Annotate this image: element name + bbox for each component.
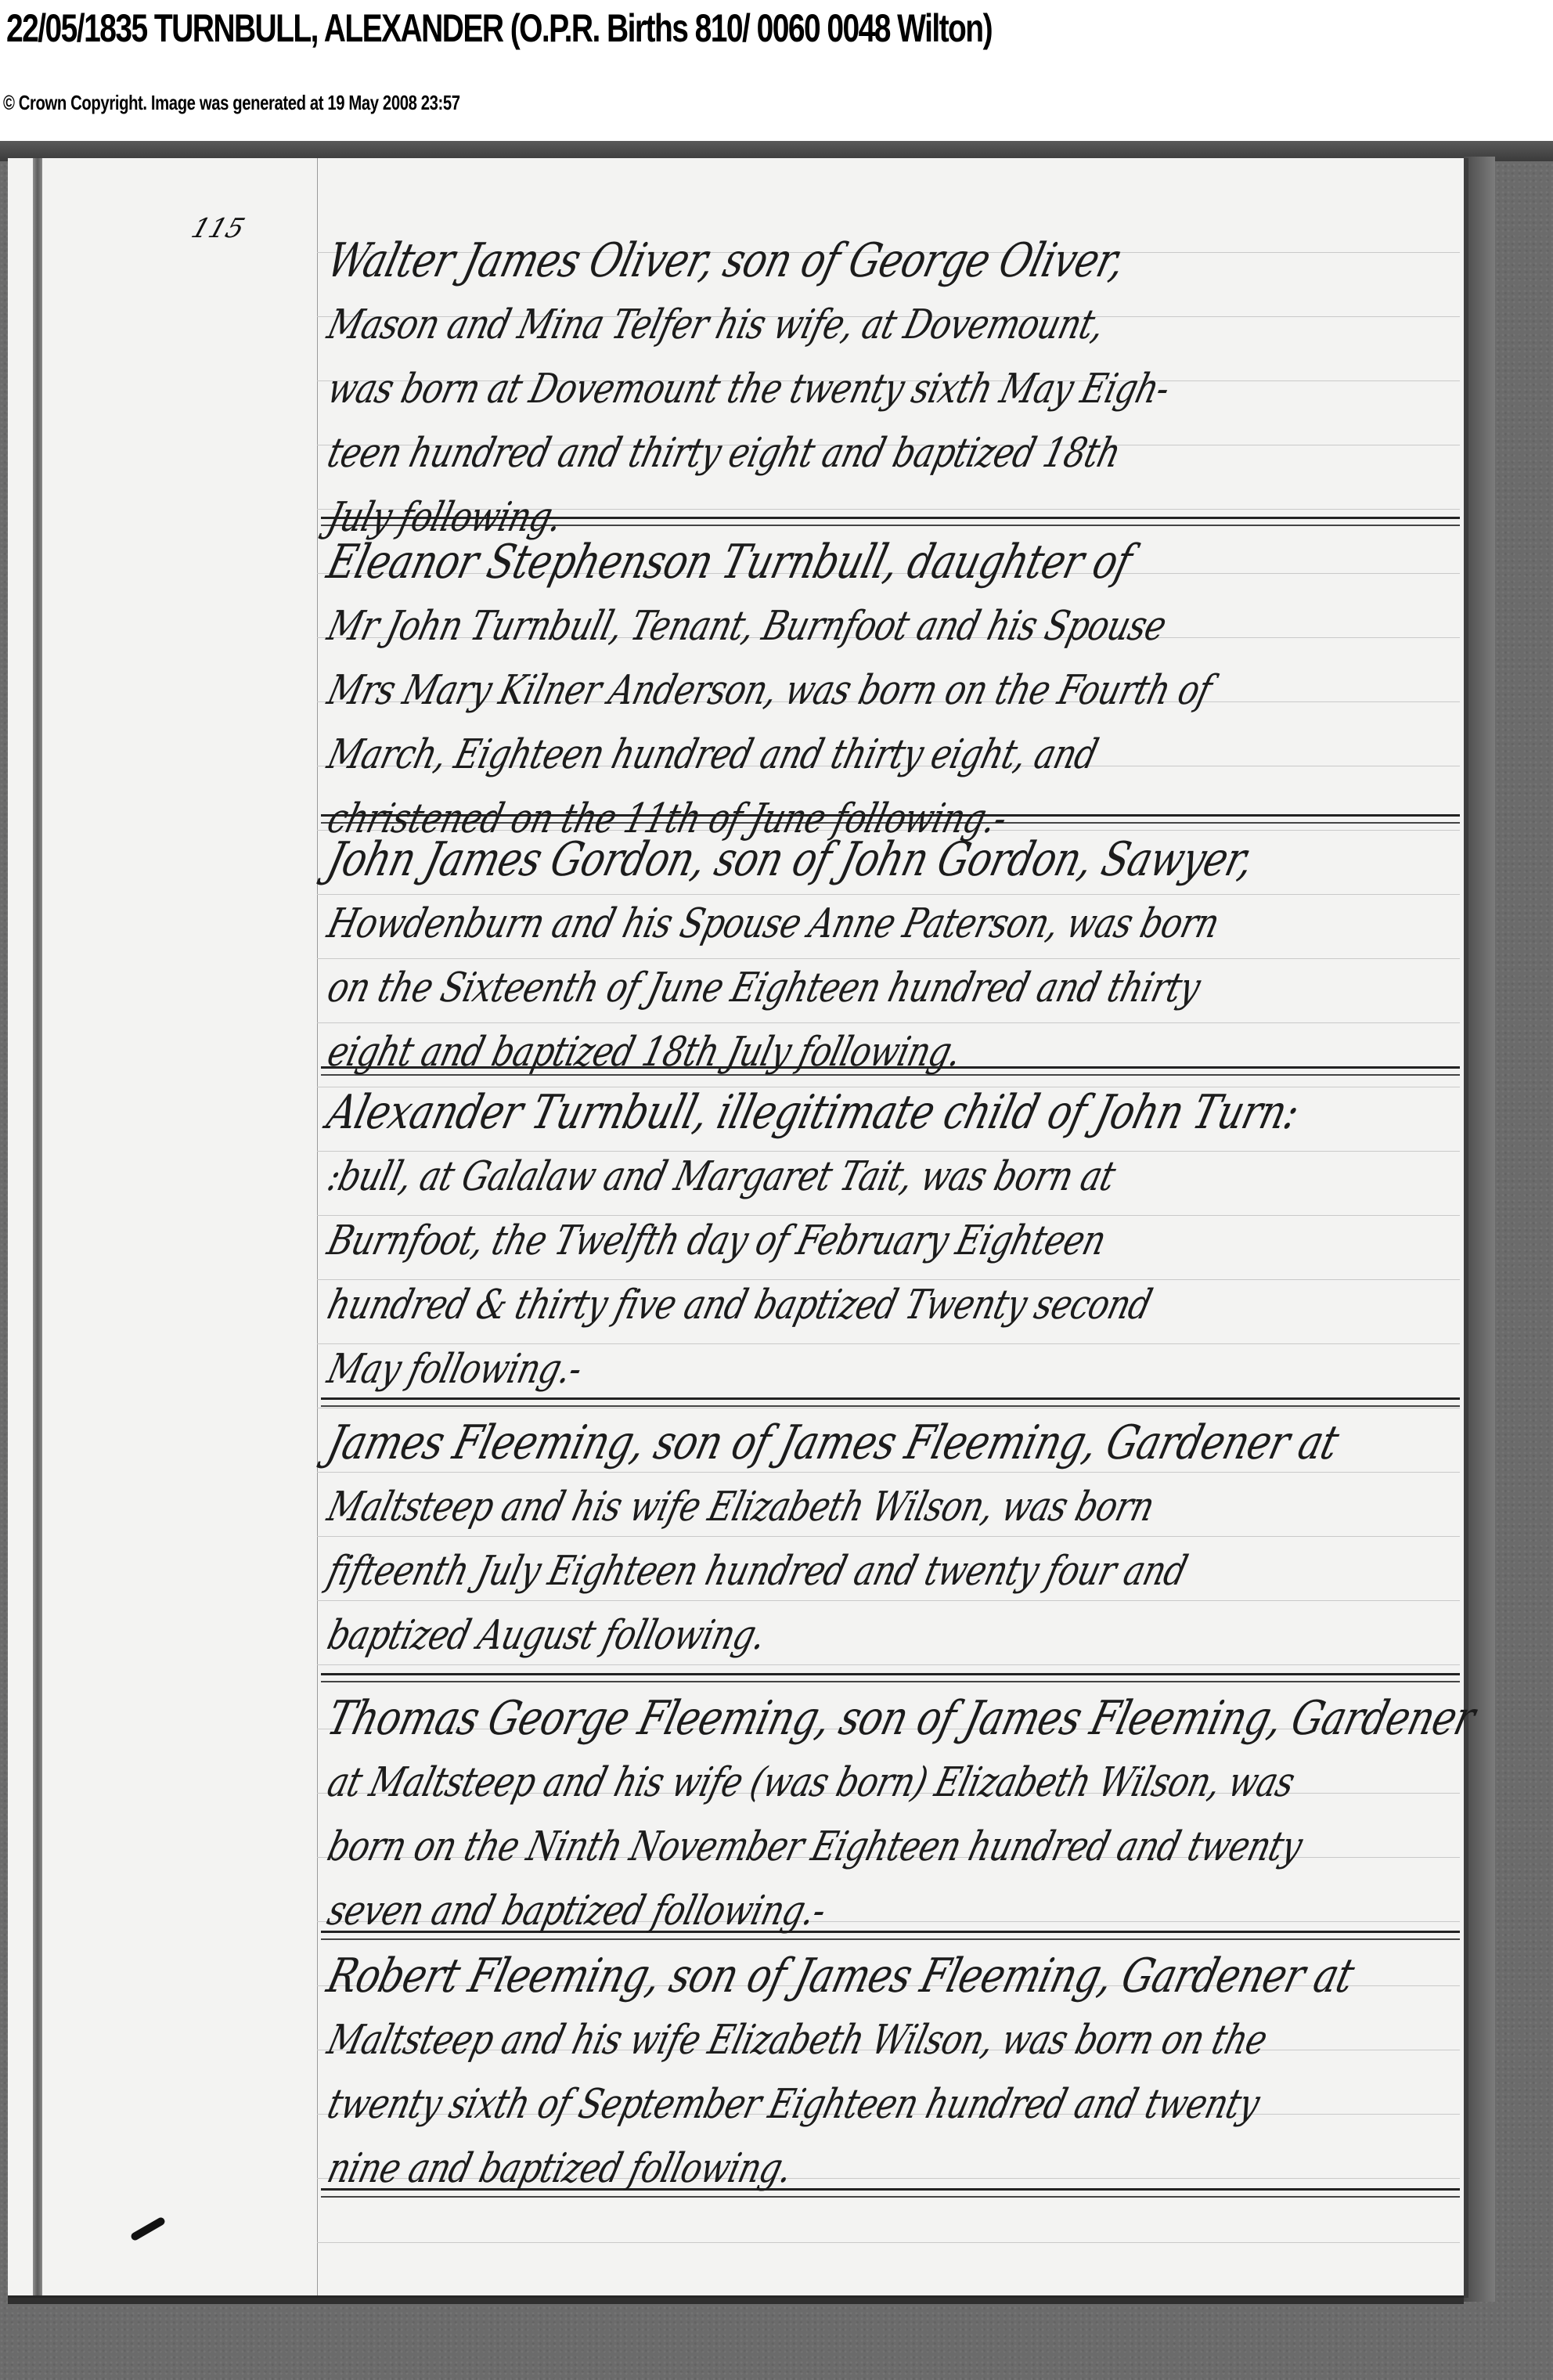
entry-line: was born at Dovemount the twenty sixth M… <box>321 357 1261 421</box>
register-page: 115 Walter James Oliver, son of George O… <box>8 158 1464 2298</box>
register-entry: Alexander Turnbull, illegitimate child o… <box>329 1080 1456 1401</box>
record-title: 22/05/1835 TURNBULL, ALEXANDER (O.P.R. B… <box>6 5 992 52</box>
entry-line: seven and baptized following.- <box>321 1879 1261 1943</box>
entry-line: :bull, at Galalaw and Margaret Tait, was… <box>321 1145 1261 1209</box>
entry-line: fifteenth July Eighteen hundred and twen… <box>321 1539 1261 1603</box>
register-entry: John James Gordon, son of John Gordon, S… <box>329 828 1456 1084</box>
entry-line: Thomas George Fleeming, son of James Fle… <box>321 1686 1261 1751</box>
entry-line: Walter James Oliver, son of George Olive… <box>321 229 1261 293</box>
page-edge-shadow <box>1464 157 1495 2302</box>
entry-line: Robert Fleeming, son of James Fleeming, … <box>321 1944 1261 2008</box>
entry-line: Burnfoot, the Twelfth day of February Ei… <box>321 1209 1261 1273</box>
entry-line: James Fleeming, son of James Fleeming, G… <box>321 1411 1261 1475</box>
register-entry: Robert Fleeming, son of James Fleeming, … <box>329 1944 1456 2201</box>
register-entry: Walter James Oliver, son of George Olive… <box>329 229 1456 550</box>
entry-line: Mrs Mary Kilner Anderson, was born on th… <box>321 658 1261 723</box>
binding-margin <box>33 158 42 2295</box>
entry-line: on the Sixteenth of June Eighteen hundre… <box>321 956 1261 1020</box>
entry-line: Eleanor Stephenson Turnbull, daughter of <box>321 530 1261 594</box>
record-header: 22/05/1835 TURNBULL, ALEXANDER (O.P.R. B… <box>0 0 1553 141</box>
entry-line: at Maltsteep and his wife (was born) Eli… <box>321 1751 1261 1815</box>
entry-line: nine and baptized following. <box>321 2137 1261 2201</box>
ruled-line <box>317 2242 1460 2243</box>
entry-line: twenty sixth of September Eighteen hundr… <box>321 2072 1261 2137</box>
scanned-register-image: 115 Walter James Oliver, son of George O… <box>0 141 1553 2380</box>
register-entry: Thomas George Fleeming, son of James Fle… <box>329 1686 1456 1943</box>
entry-line: May following.- <box>321 1337 1261 1401</box>
entry-line: John James Gordon, son of John Gordon, S… <box>321 828 1261 892</box>
copyright-notice: © Crown Copyright. Image was generated a… <box>3 91 460 115</box>
entry-line: Maltsteep and his wife Elizabeth Wilson,… <box>321 1475 1261 1539</box>
entry-line: March, Eighteen hundred and thirty eight… <box>321 723 1261 787</box>
entry-line: baptized August following. <box>321 1603 1261 1668</box>
ink-mark <box>130 2216 167 2242</box>
ruled-line <box>317 1408 1460 1408</box>
entry-line: Maltsteep and his wife Elizabeth Wilson,… <box>321 2008 1261 2072</box>
entry-line: eight and baptized 18th July following. <box>321 1020 1261 1084</box>
margin-rule <box>317 158 318 2295</box>
entry-line: born on the Ninth November Eighteen hund… <box>321 1815 1261 1879</box>
entry-line: Howdenburn and his Spouse Anne Paterson,… <box>321 892 1261 956</box>
entry-line: teen hundred and thirty eight and baptiz… <box>321 421 1261 485</box>
entry-line: Mason and Mina Telfer his wife, at Dovem… <box>321 293 1261 357</box>
register-entry: James Fleeming, son of James Fleeming, G… <box>329 1411 1456 1668</box>
entry-line: Alexander Turnbull, illegitimate child o… <box>321 1080 1261 1145</box>
folio-number: 115 <box>188 213 249 244</box>
entry-line: hundred & thirty five and baptized Twent… <box>321 1273 1261 1337</box>
entry-line: Mr John Turnbull, Tenant, Burnfoot and h… <box>321 594 1261 658</box>
register-entry: Eleanor Stephenson Turnbull, daughter of… <box>329 530 1456 851</box>
entry-divider <box>321 1673 1460 1682</box>
